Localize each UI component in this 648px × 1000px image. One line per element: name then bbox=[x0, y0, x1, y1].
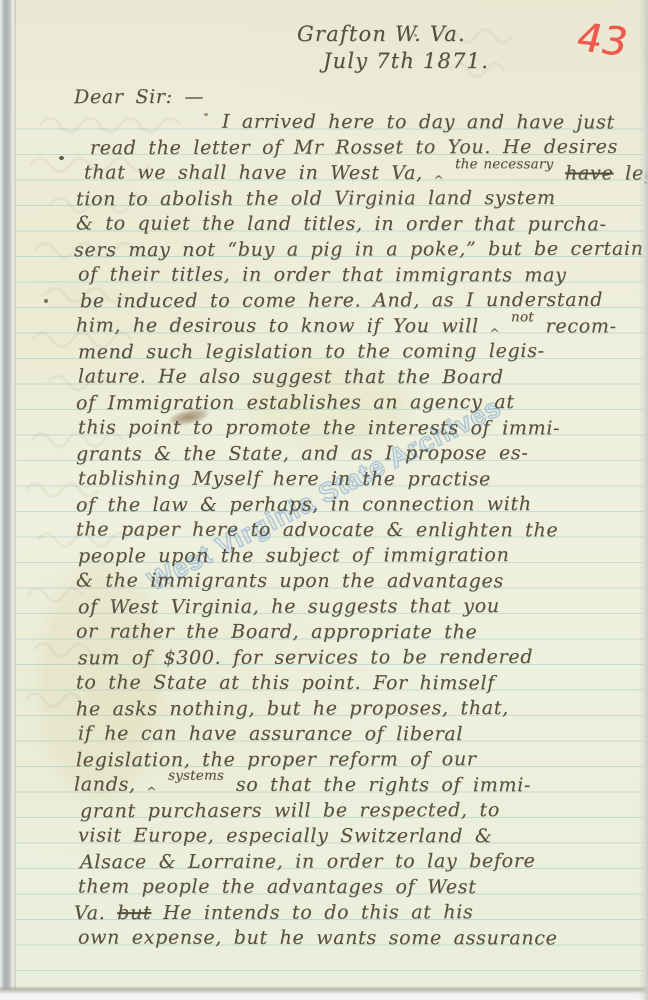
manuscript-line: & the immigrants upon the advantages bbox=[72, 568, 632, 594]
manuscript-text: lands, bbox=[74, 773, 136, 795]
manuscript-line: grants & the State, and as I propose es- bbox=[72, 441, 632, 468]
manuscript-text: own expense, but he wants some assurance bbox=[78, 926, 558, 949]
manuscript-text: so that the rights of immi- bbox=[236, 773, 531, 796]
manuscript-line: people upon the subject of immigration bbox=[72, 543, 632, 570]
manuscript-line: the paper here to advocate & enlighten t… bbox=[72, 517, 632, 543]
manuscript-text: of Immigration establishes an agency at bbox=[76, 391, 515, 414]
manuscript-text: sers may not “buy a pig in a poke,” but … bbox=[74, 238, 644, 261]
manuscript-line: sum of $300. for services to be rendered bbox=[72, 645, 632, 672]
manuscript-line: this point to promote the interests of i… bbox=[72, 415, 632, 441]
manuscript-text: & the immigrants upon the advantages bbox=[76, 569, 504, 592]
manuscript-text: of their titles, in order that immigrant… bbox=[78, 263, 567, 286]
manuscript-line: Dear Sir: — bbox=[72, 84, 632, 111]
manuscript-text: lature. He also suggest that the Board bbox=[78, 365, 504, 388]
manuscript-text: tion to abolish the old Virginia land sy… bbox=[76, 187, 556, 210]
manuscript-line: Va. but He intends to do this at his bbox=[72, 900, 632, 927]
manuscript-line: that we shall have in West Va, ^ the nec… bbox=[72, 160, 632, 186]
dateline-date: July 7th 1871. bbox=[323, 49, 489, 73]
page-number-annotation: 43 bbox=[571, 16, 632, 66]
manuscript-line: & to quiet the land titles, in order tha… bbox=[72, 211, 632, 237]
manuscript-line: of the law & perhaps, in connection with bbox=[72, 492, 632, 519]
manuscript-line: lature. He also suggest that the Board bbox=[72, 364, 632, 390]
manuscript-line: own expense, but he wants some assurance bbox=[72, 925, 632, 951]
manuscript-insert: systems bbox=[168, 763, 224, 789]
manuscript-text: I arrived here to day and have just bbox=[222, 110, 615, 133]
manuscript-line: legislation, the proper reform of our bbox=[72, 747, 632, 774]
manuscript-line: mend such legislation to the coming legi… bbox=[72, 339, 632, 366]
ink-fleck bbox=[44, 299, 48, 303]
manuscript-line: grant purchasers will be respected, to bbox=[72, 798, 632, 825]
scan-edge-left bbox=[0, 0, 16, 1000]
manuscript-line: be induced to come here. And, as I under… bbox=[72, 288, 632, 315]
manuscript-text: to the State at this point. For himself bbox=[76, 671, 495, 694]
manuscript-line: tion to abolish the old Virginia land sy… bbox=[72, 186, 632, 213]
manuscript-strike: but bbox=[117, 902, 151, 924]
scan-edge-right bbox=[639, 0, 648, 1000]
letter-body: Dear Sir: — I arrived here to day and ha… bbox=[72, 84, 632, 951]
manuscript-text: mend such legislation to the coming legi… bbox=[78, 340, 545, 363]
manuscript-line: if he can have assurance of liberal bbox=[72, 721, 632, 747]
manuscript-text: them people the advantages of West bbox=[78, 875, 477, 898]
manuscript-line: them people the advantages of West bbox=[72, 874, 632, 900]
manuscript-line: I arrived here to day and have just bbox=[72, 109, 632, 135]
manuscript-text: He intends to do this at his bbox=[163, 901, 473, 924]
manuscript-insert: the necessary bbox=[455, 152, 553, 178]
manuscript-line: of Immigration establishes an agency at bbox=[72, 390, 632, 417]
manuscript-text: he asks nothing, but he proposes, that, bbox=[76, 697, 509, 720]
manuscript-text: if he can have assurance of liberal bbox=[78, 722, 463, 745]
manuscript-text: & to quiet the land titles, in order tha… bbox=[76, 212, 607, 235]
scanned-letter-page: West Virginia State Archives 43 Grafton … bbox=[0, 0, 648, 1000]
manuscript-text: Alsace & Lorraine, in order to lay befor… bbox=[80, 850, 536, 873]
manuscript-text: the paper here to advocate & enlighten t… bbox=[76, 518, 558, 541]
manuscript-line: visit Europe, especially Switzerland & bbox=[72, 823, 632, 849]
manuscript-text: people upon the subject of immigration bbox=[78, 544, 510, 567]
manuscript-line: sers may not “buy a pig in a poke,” but … bbox=[72, 237, 632, 264]
manuscript-line: lands, ^ systems so that the rights of i… bbox=[72, 772, 632, 798]
manuscript-text: Dear Sir: — bbox=[74, 86, 204, 108]
manuscript-text: that we shall have in West Va, bbox=[84, 161, 423, 184]
manuscript-line: or rather the Board, appropriate the bbox=[72, 619, 632, 645]
manuscript-text: grant purchasers will be respected, to bbox=[80, 799, 500, 822]
manuscript-text: legislation, the proper reform of our bbox=[76, 748, 477, 771]
manuscript-insert: not bbox=[511, 305, 534, 331]
scan-edge-bottom bbox=[0, 986, 648, 1000]
ink-fleck bbox=[59, 156, 64, 160]
manuscript-text: of the law & perhaps, in connection with bbox=[76, 493, 532, 516]
manuscript-line: he asks nothing, but he proposes, that, bbox=[72, 696, 632, 723]
manuscript-text: visit Europe, especially Switzerland & bbox=[78, 824, 493, 847]
manuscript-text: grants & the State, and as I propose es- bbox=[76, 442, 529, 465]
manuscript-text: sum of $300. for services to be rendered bbox=[78, 646, 533, 669]
manuscript-text: tablishing Myself here in the practise bbox=[78, 467, 491, 490]
dateline-location: Grafton W. Va. bbox=[297, 22, 466, 46]
manuscript-line: of West Virginia, he suggests that you bbox=[72, 594, 632, 621]
manuscript-text: recom- bbox=[546, 315, 617, 337]
manuscript-text: or rather the Board, appropriate the bbox=[76, 620, 478, 643]
manuscript-line: tablishing Myself here in the practise bbox=[72, 466, 632, 492]
manuscript-line: to the State at this point. For himself bbox=[72, 670, 632, 696]
manuscript-text: this point to promote the interests of i… bbox=[78, 416, 560, 439]
manuscript-text: Va. bbox=[74, 902, 106, 924]
manuscript-line: Alsace & Lorraine, in order to lay befor… bbox=[72, 849, 632, 876]
manuscript-line: him, he desirous to know if You will ^ n… bbox=[72, 313, 632, 339]
manuscript-text: of West Virginia, he suggests that you bbox=[78, 595, 500, 618]
manuscript-text: him, he desirous to know if You will bbox=[76, 314, 479, 337]
manuscript-line: of their titles, in order that immigrant… bbox=[72, 262, 632, 288]
manuscript-strike: have bbox=[565, 162, 613, 184]
